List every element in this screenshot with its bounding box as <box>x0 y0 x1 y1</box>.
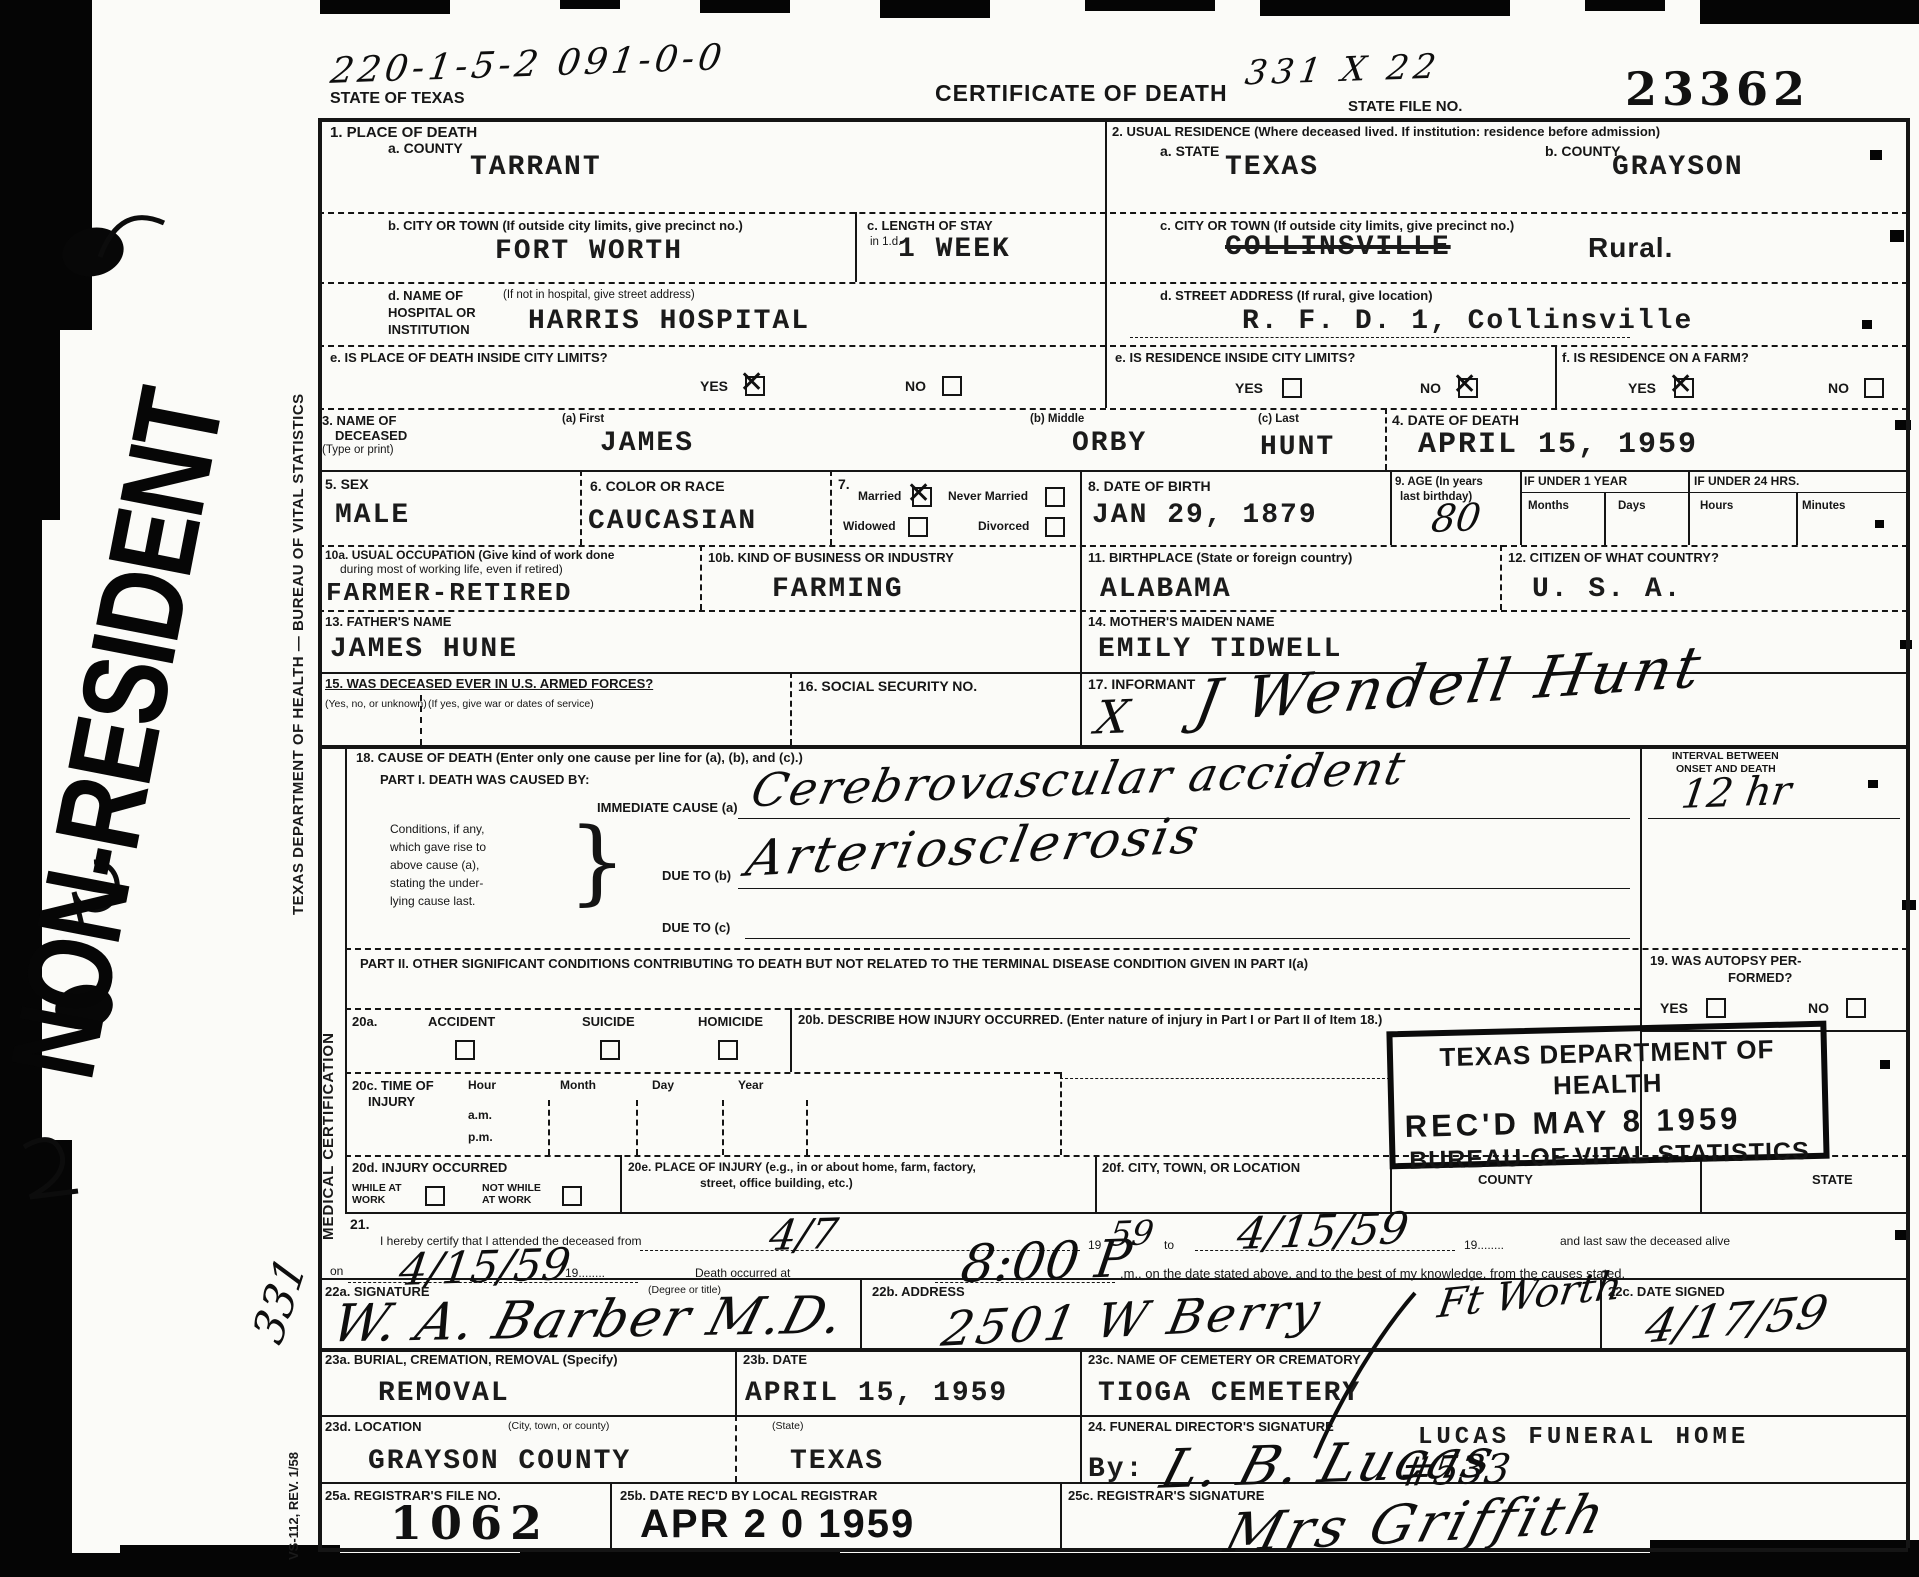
armed-forces-label: 15. WAS DECEASED EVER IN U.S. ARMED FORC… <box>325 676 653 691</box>
received-stamp: TEXAS DEPARTMENT OF HEALTH REC'D MAY 8 1… <box>1386 1021 1829 1170</box>
interval-handwriting: 12 hr <box>1678 768 1794 818</box>
scan-left-edge <box>0 300 60 520</box>
length-of-stay-label: c. LENGTH OF STAY <box>867 218 993 233</box>
margin-handwritten-number: 331 <box>244 1249 316 1351</box>
month-label: Month <box>560 1078 596 1092</box>
marital-label: 7. <box>838 476 850 492</box>
grid-line <box>1105 118 1107 408</box>
certify-occurred: Death occurred at <box>695 1266 790 1280</box>
death-inside-limits-yes-checkbox <box>745 376 765 396</box>
burial-label: 23a. BURIAL, CREMATION, REMOVAL (Specify… <box>325 1352 618 1367</box>
burial-value: REMOVAL <box>378 1378 510 1409</box>
age-label1: 9. AGE (In years <box>1395 476 1483 488</box>
date-of-death-label: 4. DATE OF DEATH <box>1392 412 1519 428</box>
residence-farm-no-label: NO <box>1828 380 1849 396</box>
grid-line <box>806 1100 808 1155</box>
residence-farm-label: f. IS RESIDENCE ON A FARM? <box>1562 350 1749 365</box>
section1-label: 1. PLACE OF DEATH <box>330 124 477 141</box>
accident-checkbox <box>455 1040 475 1060</box>
attended-to-date: 4/15/59 <box>1234 1203 1412 1260</box>
death-inside-limits-label: e. IS PLACE OF DEATH INSIDE CITY LIMITS? <box>330 350 608 365</box>
grid-line <box>1080 470 1082 745</box>
grid-line <box>318 118 1908 122</box>
place-of-injury-label2: street, office building, etc.) <box>700 1176 853 1190</box>
age-value: 80 <box>1429 495 1484 541</box>
death-certificate-scan: NON-RESIDENT TEXAS DEPARTMENT OF HEALTH … <box>0 0 1919 1577</box>
industry-value: FARMING <box>772 574 904 605</box>
ssn-label: 16. SOCIAL SECURITY NO. <box>798 678 977 694</box>
autopsy-yes-label: YES <box>1660 1000 1688 1016</box>
street-address-label: d. STREET ADDRESS (If rural, give locati… <box>1160 288 1433 303</box>
grid-line <box>1390 470 1392 545</box>
funeral-director-label: 24. FUNERAL DIRECTOR'S SIGNATURE <box>1088 1419 1334 1434</box>
residence-farm-yes-checkbox <box>1674 378 1694 398</box>
time-of-injury-label2: INJURY <box>368 1094 415 1109</box>
city-value: FORT WORTH <box>495 236 683 267</box>
scan-noise <box>700 0 790 13</box>
residence-inside-limits-no-label: NO <box>1420 380 1441 396</box>
grid-line <box>318 610 1908 612</box>
city-label: b. CITY OR TOWN (If outside city limits,… <box>388 218 743 233</box>
grid-line <box>1385 408 1387 470</box>
industry-label: 10b. KIND OF BUSINESS OR INDUSTRY <box>708 550 954 565</box>
physician-signature: W. A. Barber M.D. <box>326 1286 852 1355</box>
grid-line <box>345 948 1908 950</box>
residence-farm-no-checkbox <box>1864 378 1884 398</box>
grid-line <box>1080 1348 1082 1415</box>
hospital-value: HARRIS HOSPITAL <box>528 306 810 337</box>
residence-city-value: Rural. <box>1588 232 1673 264</box>
location-sub1: (City, town, or county) <box>508 1420 609 1432</box>
residence-city-struck-value: COLLINSVILLE <box>1225 232 1451 263</box>
informant-x-mark: X <box>1092 689 1133 744</box>
conditions-note3: above cause (a), <box>390 858 479 872</box>
handwritten-code-left: 220-1-5-2 091-0-0 <box>328 37 728 92</box>
state-file-no-label: STATE FILE NO. <box>1348 98 1462 115</box>
race-value: CAUCASIAN <box>588 506 757 537</box>
grid-line <box>318 1548 1908 1552</box>
last-name-value: HUNT <box>1260 432 1335 463</box>
cause-a-handwriting: Cerebrovascular accident <box>747 741 1412 818</box>
suicide-label: SUICIDE <box>582 1014 635 1029</box>
pen-mark <box>92 195 172 275</box>
last-name-label: (c) Last <box>1258 413 1299 425</box>
pm-label: p.m. <box>468 1130 493 1144</box>
hospital-label: d. NAME OF <box>388 288 463 303</box>
middle-name-label: (b) Middle <box>1030 413 1084 425</box>
grid-line <box>1500 545 1502 610</box>
address-label: 22b. ADDRESS <box>872 1284 965 1299</box>
armed-forces-sub2: (If yes, give war or dates of service) <box>428 698 594 710</box>
margin-department-text: TEXAS DEPARTMENT OF HEALTH — BUREAU OF V… <box>290 335 307 915</box>
homicide-label: HOMICIDE <box>698 1014 763 1029</box>
scan-left-edge <box>0 1140 72 1577</box>
scan-noise <box>1875 520 1884 528</box>
grid-line <box>745 938 1630 939</box>
death-time: 8:00 P <box>957 1229 1135 1295</box>
grid-line <box>548 1100 550 1155</box>
name-label1: 3. NAME OF <box>322 413 396 428</box>
never-married-checkbox <box>1045 487 1065 507</box>
day-label: Day <box>652 1078 674 1092</box>
location-state-value: TEXAS <box>790 1446 884 1477</box>
grid-line <box>620 1155 622 1212</box>
length-of-stay-sub: in 1.d. <box>870 236 901 248</box>
grid-line <box>1688 470 1690 545</box>
autopsy-no-label: NO <box>1808 1000 1829 1016</box>
scan-noise <box>1085 0 1215 11</box>
conditions-note2: which gave rise to <box>390 840 486 854</box>
grid-line <box>1130 337 1630 338</box>
state-of-texas: STATE OF TEXAS <box>330 90 465 108</box>
county-value: TARRANT <box>470 152 602 183</box>
injury-occurred-label: 20d. INJURY OCCURRED <box>352 1160 507 1175</box>
married-label: Married <box>858 489 901 503</box>
residence-state-label: a. STATE <box>1160 143 1219 159</box>
scan-noise <box>1862 320 1872 329</box>
mother-name-label: 14. MOTHER'S MAIDEN NAME <box>1088 614 1275 629</box>
hospital-label2: HOSPITAL OR <box>388 305 476 320</box>
sex-value: MALE <box>335 500 410 531</box>
conditions-note1: Conditions, if any, <box>390 822 485 836</box>
accident-label: ACCIDENT <box>428 1014 495 1029</box>
months-label: Months <box>1528 500 1569 512</box>
grid-line <box>1604 492 1606 545</box>
date-of-birth-value: JAN 29, 1879 <box>1092 500 1318 531</box>
grid-line <box>318 212 1908 214</box>
location-label: 23d. LOCATION <box>325 1419 422 1434</box>
residence-inside-limits-label: e. IS RESIDENCE INSIDE CITY LIMITS? <box>1115 350 1355 365</box>
scan-left-edge <box>0 0 92 330</box>
grid-line <box>855 212 857 282</box>
grid-line <box>735 1415 737 1482</box>
hospital-label-paren: (If not in hospital, give street address… <box>503 289 695 301</box>
middle-name-value: ORBY <box>1072 428 1147 459</box>
grid-line <box>636 1100 638 1155</box>
date-recd-stamp-value: APR 2 0 1959 <box>640 1502 915 1547</box>
grid-line <box>1906 118 1910 1548</box>
grid-line <box>610 1482 612 1548</box>
grid-line <box>1648 818 1900 819</box>
divorced-label: Divorced <box>978 519 1029 533</box>
grid-line <box>830 470 832 545</box>
residence-city-label: c. CITY OR TOWN (If outside city limits,… <box>1160 218 1514 233</box>
residence-inside-limits-yes-label: YES <box>1235 380 1263 396</box>
grid-line <box>1520 470 1522 545</box>
not-while-at-work-checkbox <box>562 1186 582 1206</box>
certify-19c: 19........ <box>565 1266 605 1280</box>
autopsy-label2: FORMED? <box>1728 970 1792 985</box>
suicide-checkbox <box>600 1040 620 1060</box>
grid-line <box>1060 1072 1062 1155</box>
location-county-value: GRAYSON COUNTY <box>368 1446 631 1477</box>
autopsy-label1: 19. WAS AUTOPSY PER- <box>1650 953 1801 968</box>
time-of-injury-label1: 20c. TIME OF <box>352 1078 434 1093</box>
grid-line <box>318 470 1908 472</box>
grid-line <box>318 545 1908 547</box>
grid-line <box>318 345 1908 347</box>
not-while-at-work-label2: AT WORK <box>482 1194 531 1206</box>
grid-line <box>1520 492 1908 493</box>
days-label: Days <box>1618 500 1646 512</box>
accident-section-num: 20a. <box>352 1014 377 1029</box>
certify-num: 21. <box>350 1216 369 1232</box>
citizen-value: U. S. A. <box>1532 574 1682 605</box>
scan-noise <box>1868 780 1878 788</box>
divorced-checkbox <box>1045 517 1065 537</box>
funeral-by-label: By: <box>1088 1454 1144 1485</box>
scan-noise <box>320 0 450 14</box>
grid-line <box>790 1008 792 1072</box>
armed-forces-sub1: (Yes, no, or unknown) <box>325 698 427 710</box>
sex-label: 5. SEX <box>325 476 369 492</box>
scan-noise <box>1890 230 1904 242</box>
certify-on: on <box>330 1264 343 1278</box>
due-to-c-label: DUE TO (c) <box>662 920 730 935</box>
widowed-checkbox <box>908 517 928 537</box>
injury-state-label: STATE <box>1812 1172 1853 1187</box>
birthplace-label: 11. BIRTHPLACE (State or foreign country… <box>1088 550 1352 565</box>
homicide-checkbox <box>718 1040 738 1060</box>
death-inside-limits-no-checkbox <box>942 376 962 396</box>
date-recd-label: 25b. DATE REC'D BY LOCAL REGISTRAR <box>620 1488 877 1503</box>
interval-label1: INTERVAL BETWEEN <box>1672 750 1779 762</box>
am-label: a.m. <box>468 1108 492 1122</box>
death-inside-limits-no-label: NO <box>905 378 926 394</box>
minutes-label: Minutes <box>1802 500 1845 512</box>
certify-text2: and last saw the deceased alive <box>1560 1234 1730 1248</box>
while-at-work-label1: WHILE AT <box>352 1182 402 1194</box>
received-stamp-line1: TEXAS DEPARTMENT OF HEALTH <box>1393 1033 1822 1105</box>
grid-line <box>790 672 792 745</box>
autopsy-no-checkbox <box>1846 998 1866 1018</box>
hour-label: Hour <box>468 1078 496 1092</box>
grid-line <box>345 1072 1060 1074</box>
death-inside-limits-yes-label: YES <box>700 378 728 394</box>
grid-line <box>318 118 322 1548</box>
occupation-label1: 10a. USUAL OCCUPATION (Give kind of work… <box>325 548 614 562</box>
grid-line <box>318 745 1908 749</box>
date-of-death-value: APRIL 15, 1959 <box>1418 428 1698 462</box>
while-at-work-checkbox <box>425 1186 445 1206</box>
cause-of-death-label: 18. CAUSE OF DEATH (Enter only one cause… <box>356 750 803 765</box>
section2-label: 2. USUAL RESIDENCE (Where deceased lived… <box>1112 124 1660 139</box>
widowed-label: Widowed <box>843 519 896 533</box>
name-label3: (Type or print) <box>322 444 394 456</box>
citizen-label: 12. CITIZEN OF WHAT COUNTRY? <box>1508 550 1719 565</box>
burial-date-label: 23b. DATE <box>743 1352 807 1367</box>
residence-inside-limits-no-checkbox <box>1458 378 1478 398</box>
grid-line <box>722 1100 724 1155</box>
scan-noise <box>1700 0 1919 24</box>
certify-to: to <box>1164 1238 1174 1252</box>
hospital-label3: INSTITUTION <box>388 322 470 337</box>
name-label2: DECEASED <box>335 428 407 443</box>
grid-line <box>580 470 582 545</box>
margin-medical-certification-text: MEDICAL CERTIFICATION <box>320 945 337 1240</box>
describe-injury-label: 20b. DESCRIBE HOW INJURY OCCURRED. (Ente… <box>798 1012 1382 1027</box>
conditions-note4: stating the under- <box>390 876 483 890</box>
length-of-stay-value: 1 WEEK <box>898 234 1011 265</box>
conditions-note5: lying cause last. <box>390 894 475 908</box>
injury-county-label: COUNTY <box>1478 1172 1533 1187</box>
father-name-value: JAMES HUNE <box>330 634 518 665</box>
grid-line <box>1060 1078 1390 1079</box>
scan-noise <box>120 1545 340 1555</box>
grid-line <box>735 1348 737 1415</box>
residence-county-value: GRAYSON <box>1612 152 1744 183</box>
grid-line <box>738 888 1630 889</box>
conditions-brace: } <box>568 808 627 915</box>
registrar-signature-label: 25c. REGISTRAR'S SIGNATURE <box>1068 1488 1264 1503</box>
burial-date-value: APRIL 15, 1959 <box>745 1378 1008 1409</box>
part1-label: PART I. DEATH WAS CAUSED BY: <box>380 772 589 787</box>
handwritten-code-right: 331 X 22 <box>1243 47 1444 94</box>
place-of-injury-label1: 20e. PLACE OF INJURY (e.g., in or about … <box>628 1160 976 1174</box>
residence-county-label: b. COUNTY <box>1545 143 1620 159</box>
residence-farm-yes-label: YES <box>1628 380 1656 396</box>
under-1-year-label: IF UNDER 1 YEAR <box>1524 474 1627 488</box>
scan-noise <box>1260 0 1510 16</box>
year-label: Year <box>738 1078 763 1092</box>
residence-state-value: TEXAS <box>1225 152 1319 183</box>
injury-city-label: 20f. CITY, TOWN, OR LOCATION <box>1102 1160 1300 1175</box>
grid-line <box>345 745 347 1212</box>
grid-line <box>1080 1415 1082 1482</box>
married-checkbox <box>912 487 932 507</box>
due-to-b-label: DUE TO (b) <box>662 868 731 883</box>
birthplace-value: ALABAMA <box>1100 574 1232 605</box>
scan-noise <box>880 0 990 18</box>
under-24-hrs-label: IF UNDER 24 HRS. <box>1694 474 1799 488</box>
scan-noise <box>560 0 620 9</box>
autopsy-yes-checkbox <box>1706 998 1726 1018</box>
scan-noise <box>1585 0 1665 11</box>
part2-label: PART II. OTHER SIGNIFICANT CONDITIONS CO… <box>360 956 1308 971</box>
attended-from-date: 4/7 <box>766 1209 841 1260</box>
margin-form-number: VS-112, REV. 1/58 <box>286 1388 301 1560</box>
grid-line <box>1555 345 1557 408</box>
grid-line <box>700 545 702 610</box>
grid-line <box>318 1415 1908 1417</box>
registrar-file-value: 1062 <box>390 1496 550 1550</box>
scan-noise <box>1880 1060 1890 1069</box>
state-file-number: 23362 <box>1625 62 1810 116</box>
grid-line <box>1796 492 1798 545</box>
occupation-value: FARMER-RETIRED <box>326 578 572 608</box>
grid-line <box>1060 1482 1062 1548</box>
certify-19b: 19........ <box>1464 1238 1504 1252</box>
hours-label: Hours <box>1700 500 1733 512</box>
race-label: 6. COLOR OR RACE <box>590 478 725 494</box>
pen-mark <box>12 1125 82 1205</box>
street-address-value: R. F. D. 1, Collinsville <box>1242 306 1693 337</box>
first-name-label: (a) First <box>562 413 604 425</box>
date-of-birth-label: 8. DATE OF BIRTH <box>1088 478 1211 494</box>
grid-line <box>318 282 1908 284</box>
county-label: a. COUNTY <box>388 140 463 156</box>
scan-noise <box>1870 150 1882 160</box>
grid-line <box>860 1278 862 1348</box>
grid-line <box>1095 1155 1097 1212</box>
page-title: CERTIFICATE OF DEATH <box>935 80 1228 107</box>
while-at-work-label2: WORK <box>352 1194 385 1206</box>
father-name-label: 13. FATHER'S NAME <box>325 614 451 629</box>
occupation-label2: during most of working life, even if ret… <box>340 562 563 576</box>
first-name-value: JAMES <box>600 428 694 459</box>
location-sub2: (State) <box>772 1420 804 1432</box>
residence-inside-limits-yes-checkbox <box>1282 378 1302 398</box>
not-while-at-work-label1: NOT WHILE <box>482 1182 541 1194</box>
grid-line <box>345 1008 1640 1010</box>
grid-line <box>318 408 1908 410</box>
never-married-label: Never Married <box>948 489 1028 503</box>
